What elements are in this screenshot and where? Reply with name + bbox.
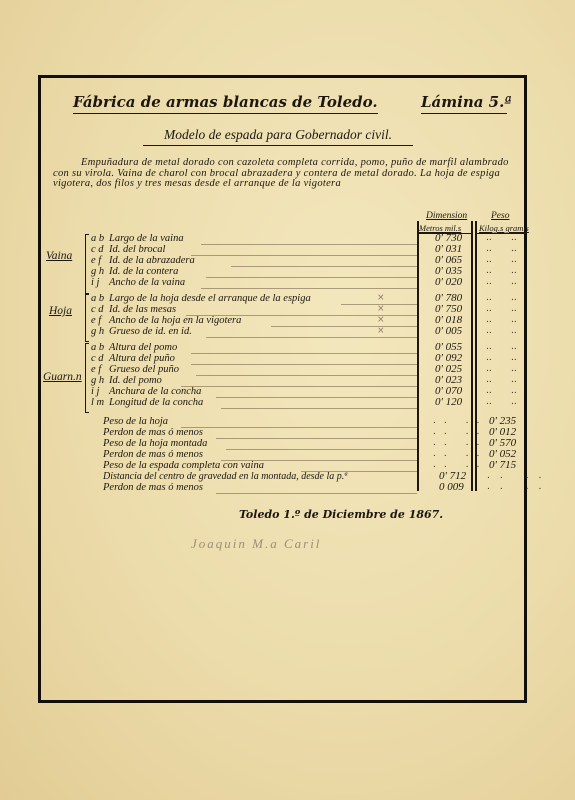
row-kg: .. (486, 397, 492, 407)
row-code: e f (91, 255, 101, 266)
group-bracket (85, 234, 89, 294)
header-peso: Peso (491, 211, 509, 221)
row-line (226, 449, 417, 450)
row-line (221, 408, 417, 409)
row-kg: .. (486, 326, 492, 336)
row-kg: .. (486, 255, 492, 265)
row-code: a b (91, 293, 104, 304)
row-gr: .. (511, 386, 517, 396)
row-gr: .. (511, 353, 517, 363)
row-gr: .. (511, 244, 517, 254)
row-label: Id. del brocal (109, 244, 165, 255)
row-kg: .. (486, 364, 492, 374)
row-code: a b (91, 233, 104, 244)
row-line (271, 326, 417, 327)
row-code: c d (91, 353, 104, 364)
row-label: Grueso del puño (109, 364, 179, 375)
row-label: Altura del puño (109, 353, 175, 364)
row-line (181, 427, 417, 428)
weight-value: 0' 715 (489, 459, 516, 471)
row-kg: .. (486, 375, 492, 385)
row-code: g h (91, 266, 104, 277)
row-line (216, 397, 417, 398)
weight-label: Perdon de mas ó menos (103, 427, 203, 438)
row-code: c d (91, 304, 104, 315)
group-label-guarnicion: Guarn.n (43, 371, 82, 383)
row-gr: .. (511, 342, 517, 352)
row-line (201, 244, 417, 245)
group-bracket (85, 343, 89, 413)
row-line (216, 438, 417, 439)
row-kg: .. (486, 293, 492, 303)
row-code: l m (91, 397, 104, 408)
row-label: Id. de la abrazadera (109, 255, 195, 266)
x-mark: × (377, 304, 385, 314)
row-line (196, 375, 417, 376)
weight-label: Peso de la hoja montada (103, 438, 207, 449)
group-label-hoja: Hoja (49, 305, 72, 317)
row-code: e f (91, 364, 101, 375)
row-gr: .. (511, 266, 517, 276)
row-kg: .. (486, 342, 492, 352)
row-label: Largo de la vaina (109, 233, 184, 244)
row-line (206, 277, 417, 278)
document-title: Fábrica de armas blancas de Toledo. (73, 93, 378, 114)
row-label: Longitud de la concha (109, 397, 203, 408)
row-dimension: 0' 020 (435, 276, 462, 288)
row-kg: .. (486, 233, 492, 243)
row-gr: .. (511, 255, 517, 265)
x-mark: × (377, 326, 385, 336)
weight-dimension: .. .. (433, 449, 487, 459)
row-gr: .. (511, 315, 517, 325)
weight-label: Perdon de mas ó menos (103, 482, 203, 493)
row-code: a b (91, 342, 104, 353)
row-label: Id. de la contera (109, 266, 178, 277)
weight-dimension: .. .. (433, 427, 487, 437)
description-paragraph: Empuñadura de metal dorado con cazoleta … (53, 158, 517, 190)
row-code: i j (91, 386, 99, 397)
row-dimension: 0' 120 (435, 396, 462, 408)
row-label: Ancho de la hoja en la vigotera (109, 315, 241, 326)
document-subtitle: Modelo de espada para Gobernador civil. (143, 127, 413, 146)
row-label: Ancho de la vaina (109, 277, 185, 288)
row-label: Id. del pomo (109, 375, 162, 386)
row-line (181, 386, 417, 387)
weight-label: Perdon de mas ó menos (103, 449, 203, 460)
document-date: Toledo 1.º de Diciembre de 1867. (239, 508, 443, 521)
group-bracket (85, 294, 89, 342)
signature: Joaquin M.a Caril (191, 536, 321, 552)
weight-label: Distancia del centro de gravedad en la m… (103, 471, 347, 482)
row-kg: .. (486, 304, 492, 314)
row-line (191, 364, 417, 365)
row-gr: .. (511, 293, 517, 303)
weight-label: Peso de la espada completa con vaina (103, 460, 264, 471)
row-label: Grueso de id. en id. (109, 326, 192, 337)
row-line (191, 255, 417, 256)
row-label: Altura del pomo (109, 342, 177, 353)
column-divider (417, 221, 419, 491)
row-code: e f (91, 315, 101, 326)
row-line (201, 288, 417, 289)
row-kg: .. (486, 315, 492, 325)
row-code: g h (91, 326, 104, 337)
row-line (231, 266, 417, 267)
weight-dimension: .. .. (433, 438, 487, 448)
column-divider (477, 233, 527, 234)
x-mark: × (377, 293, 385, 303)
x-mark: × (377, 315, 385, 325)
row-label: Anchura de la concha (109, 386, 201, 397)
row-kg: .. (486, 353, 492, 363)
row-gr: .. (511, 304, 517, 314)
row-gr: .. (511, 364, 517, 374)
row-code: g h (91, 375, 104, 386)
header-dimension: Dimension (426, 211, 467, 221)
row-kg: .. (486, 386, 492, 396)
plate-number: Lámina 5.ª (421, 93, 507, 114)
row-gr: .. (511, 375, 517, 385)
weight-label: Peso de la hoja (103, 416, 168, 427)
row-kg: .. (486, 244, 492, 254)
group-label-vaina: Vaina (46, 250, 72, 262)
row-line (216, 493, 417, 494)
row-line (206, 337, 417, 338)
weight-value: .. .. (487, 482, 551, 492)
weight-dimension: 0 009 (439, 481, 464, 493)
row-label: Largo de la hoja desde el arranque de la… (109, 293, 311, 304)
row-gr: .. (511, 277, 517, 287)
document-frame: Fábrica de armas blancas de Toledo. Lámi… (38, 75, 527, 703)
weight-dimension: .. .. (433, 416, 487, 426)
row-kg: .. (486, 266, 492, 276)
row-code: i j (91, 277, 99, 288)
weight-dimension: .. .. (433, 460, 487, 470)
row-label: Id. de las mesas (109, 304, 176, 315)
row-gr: .. (511, 326, 517, 336)
row-line (191, 353, 417, 354)
row-gr: .. (511, 233, 517, 243)
row-gr: .. (511, 397, 517, 407)
header-kilog: Kilog.s gram.s (479, 223, 529, 233)
row-dimension: 0' 005 (435, 325, 462, 337)
row-kg: .. (486, 277, 492, 287)
row-code: c d (91, 244, 104, 255)
weight-value: .. .. (487, 471, 551, 481)
